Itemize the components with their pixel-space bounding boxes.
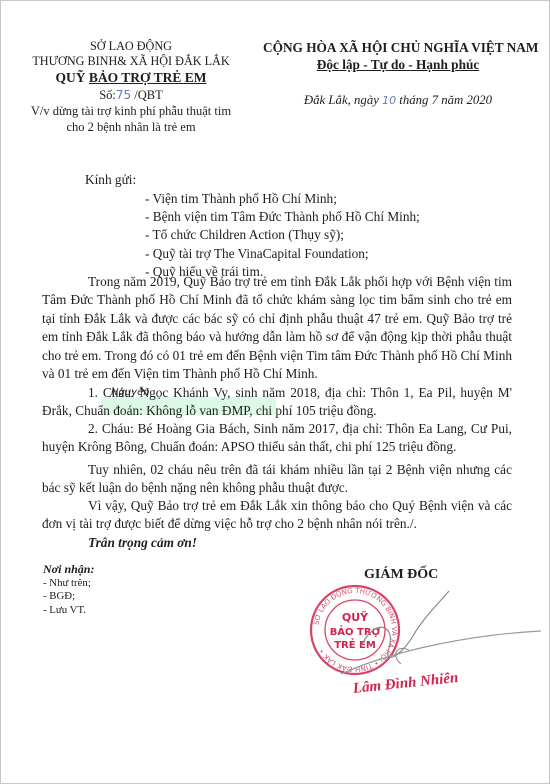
number-label: Số: <box>99 88 116 102</box>
receiver-item: - Lưu VT. <box>43 604 94 618</box>
body-case-2: 2. Cháu: Bé Hoàng Gia Bách, Sinh năm 201… <box>42 420 512 457</box>
issuer-dept-line1: SỞ LAO ĐỘNG <box>21 39 241 54</box>
body-paragraph-however: Tuy nhiên, 02 cháu nêu trên đã tái khám … <box>42 461 512 498</box>
date-day-handwritten: 10 <box>382 94 396 107</box>
body-case-1: 1. Cháu: Ngọc Khánh Vy, sinh năm 2018, đ… <box>42 384 512 421</box>
recipient-item: - Bệnh viện tim Tâm Đức Thành phố Hồ Chí… <box>145 208 420 226</box>
date-suffix: tháng 7 năm 2020 <box>396 93 492 107</box>
document-page: SỞ LAO ĐỘNG THƯƠNG BINH& XÃ HỘI ĐẮK LẮK … <box>0 0 550 784</box>
receiver-item: - Như trên; <box>43 577 94 591</box>
nation-title: CỘNG HÒA XÃ HỘI CHỦ NGHĨA VIỆT NAM <box>263 39 533 56</box>
subject-line1: V/v dừng tài trợ kinh phí phẫu thuật tim <box>21 104 241 119</box>
handwritten-signature-icon <box>341 586 541 676</box>
date-prefix: Đắk Lắk, ngày <box>304 93 382 107</box>
body-paragraph-intro: Trong năm 2019, Quỹ Bảo trợ trẻ em tỉnh … <box>42 273 512 383</box>
receiver-item: - BGĐ; <box>43 590 94 604</box>
salutation: Kính gửi: <box>85 172 136 188</box>
receivers-block: Nơi nhận: - Như trên; - BGĐ; - Lưu VT. <box>43 563 94 617</box>
issuer-header: SỞ LAO ĐỘNG THƯƠNG BINH& XÃ HỘI ĐẮK LẮK … <box>21 39 241 135</box>
recipient-item: - Tổ chức Children Action (Thụy sỹ); <box>145 226 420 244</box>
signatory-position: GIÁM ĐỐC <box>364 567 438 583</box>
issuer-org-prefix: QUỸ <box>55 70 88 85</box>
issuer-org: QUỸ BẢO TRỢ TRẺ EM <box>21 69 241 86</box>
subject-line2: cho 2 bệnh nhân là trẻ em <box>21 120 241 135</box>
recipient-item: - Quỹ tài trợ The VinaCapital Foundation… <box>145 245 420 263</box>
national-motto: Độc lập - Tự do - Hạnh phúc <box>263 56 533 73</box>
number-handwritten: 75 <box>116 88 131 102</box>
body-paragraph-therefore: Vì vậy, Quỹ Bảo trợ trẻ em Đắk Lắk xin t… <box>42 497 512 534</box>
document-number: Số:75 /QBT <box>21 88 241 103</box>
document-date: Đắk Lắk, ngày 10 tháng 7 năm 2020 <box>263 93 533 108</box>
national-header: CỘNG HÒA XÃ HỘI CHỦ NGHĨA VIỆT NAM Độc l… <box>263 39 533 108</box>
recipient-item: - Viện tim Thành phố Hồ Chí Minh; <box>145 190 420 208</box>
receivers-title: Nơi nhận: <box>43 563 94 577</box>
issuer-dept-line2: THƯƠNG BINH& XÃ HỘI ĐẮK LẮK <box>21 54 241 69</box>
recipient-list: - Viện tim Thành phố Hồ Chí Minh; - Bệnh… <box>145 190 420 281</box>
number-suffix: /QBT <box>131 88 163 102</box>
issuer-org-underlined: BẢO TRỢ TRẺ EM <box>89 70 207 85</box>
closing-thanks: Trân trọng cảm ơn! <box>88 535 197 551</box>
